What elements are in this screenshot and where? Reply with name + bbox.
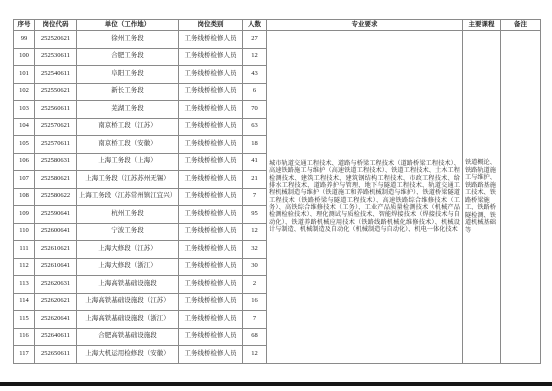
header-category: 岗位类别 (179, 20, 243, 31)
code-cell: 252560611 (35, 101, 77, 119)
count-cell: 41 (243, 153, 267, 171)
category-cell: 工务线桥检修人员 (179, 293, 243, 311)
code-cell: 252580622 (35, 188, 77, 206)
job-positions-table: 序号 岗位代码 单位（工作地） 岗位类别 人数 专业要求 主要课程 备注 992… (13, 19, 541, 364)
unit-cell: 杭州工务段 (77, 206, 179, 224)
count-cell: 6 (243, 83, 267, 101)
courses-cell: 铁道概论、铁路轨道施工与维护、铁路路基施工技术、铁路桥梁施工、铁路桥隧检测、铁道… (463, 31, 501, 364)
unit-cell: 上海大机运用检修段（安徽） (77, 346, 179, 364)
unit-cell: 上海大修段（江苏） (77, 241, 179, 259)
code-cell: 252620641 (35, 311, 77, 329)
unit-cell: 合肥高铁基础设施段 (77, 328, 179, 346)
unit-cell: 上海工务段（江苏常州镇江宜兴） (77, 188, 179, 206)
serial-cell: 105 (14, 136, 35, 154)
serial-cell: 99 (14, 31, 35, 49)
serial-cell: 114 (14, 293, 35, 311)
serial-cell: 108 (14, 188, 35, 206)
count-cell: 12 (243, 223, 267, 241)
unit-cell: 上海工务段（上海） (77, 153, 179, 171)
category-cell: 工务线桥检修人员 (179, 188, 243, 206)
count-cell: 16 (243, 293, 267, 311)
table-header-row: 序号 岗位代码 单位（工作地） 岗位类别 人数 专业要求 主要课程 备注 (14, 20, 541, 31)
page-bottom-rule (0, 382, 552, 386)
serial-cell: 109 (14, 206, 35, 224)
header-remarks: 备注 (501, 20, 541, 31)
category-cell: 工务线桥检修人员 (179, 136, 243, 154)
category-cell: 工务线桥检修人员 (179, 328, 243, 346)
unit-cell: 上海大修段（浙江） (77, 258, 179, 276)
requirements-cell: 城市轨道交通工程技术、道路与桥梁工程技术（道路桥梁工程技术）、高速铁路施工与维护… (267, 31, 463, 364)
count-cell: 2 (243, 276, 267, 294)
count-cell: 7 (243, 311, 267, 329)
unit-cell: 南京桥工段（江苏） (77, 118, 179, 136)
category-cell: 工务线桥检修人员 (179, 101, 243, 119)
code-cell: 252620631 (35, 276, 77, 294)
count-cell: 7 (243, 188, 267, 206)
category-cell: 工务线桥检修人员 (179, 118, 243, 136)
category-cell: 工务线桥检修人员 (179, 48, 243, 66)
code-cell: 252580621 (35, 171, 77, 189)
serial-cell: 116 (14, 328, 35, 346)
unit-cell: 南京桥工段（安徽） (77, 136, 179, 154)
document-page: 序号 岗位代码 单位（工作地） 岗位类别 人数 专业要求 主要课程 备注 992… (0, 0, 552, 391)
unit-cell: 合肥工务段 (77, 48, 179, 66)
serial-cell: 117 (14, 346, 35, 364)
serial-cell: 110 (14, 223, 35, 241)
unit-cell: 新长工务段 (77, 83, 179, 101)
unit-cell: 阜阳工务段 (77, 66, 179, 84)
code-cell: 252530611 (35, 48, 77, 66)
table-body: 99252520621徐州工务段工务线桥检修人员27城市轨道交通工程技术、道路与… (14, 31, 541, 364)
unit-cell: 芜湖工务段 (77, 101, 179, 119)
category-cell: 工务线桥检修人员 (179, 83, 243, 101)
count-cell: 27 (243, 31, 267, 49)
category-cell: 工务线桥检修人员 (179, 153, 243, 171)
count-cell: 95 (243, 206, 267, 224)
code-cell: 252610641 (35, 258, 77, 276)
serial-cell: 104 (14, 118, 35, 136)
code-cell: 252520621 (35, 31, 77, 49)
category-cell: 工务线桥检修人员 (179, 258, 243, 276)
category-cell: 工务线桥检修人员 (179, 31, 243, 49)
code-cell: 252570611 (35, 136, 77, 154)
count-cell: 12 (243, 346, 267, 364)
unit-cell: 上海高铁基础设施段（江苏） (77, 293, 179, 311)
serial-cell: 115 (14, 311, 35, 329)
code-cell: 252550621 (35, 83, 77, 101)
count-cell: 32 (243, 241, 267, 259)
category-cell: 工务线桥检修人员 (179, 311, 243, 329)
count-cell: 63 (243, 118, 267, 136)
unit-cell: 徐州工务段 (77, 31, 179, 49)
serial-cell: 103 (14, 101, 35, 119)
category-cell: 工务线桥检修人员 (179, 206, 243, 224)
serial-cell: 112 (14, 258, 35, 276)
serial-cell: 106 (14, 153, 35, 171)
code-cell: 252640611 (35, 328, 77, 346)
serial-cell: 100 (14, 48, 35, 66)
unit-cell: 上海高铁基础设施段（浙江） (77, 311, 179, 329)
header-requirements: 专业要求 (267, 20, 463, 31)
count-cell: 70 (243, 101, 267, 119)
count-cell: 18 (243, 136, 267, 154)
header-unit: 单位（工作地） (77, 20, 179, 31)
header-count: 人数 (243, 20, 267, 31)
code-cell: 252570621 (35, 118, 77, 136)
category-cell: 工务线桥检修人员 (179, 66, 243, 84)
serial-cell: 113 (14, 276, 35, 294)
count-cell: 43 (243, 66, 267, 84)
category-cell: 工务线桥检修人员 (179, 171, 243, 189)
serial-cell: 102 (14, 83, 35, 101)
remarks-cell (501, 31, 541, 364)
count-cell: 12 (243, 48, 267, 66)
serial-cell: 107 (14, 171, 35, 189)
count-cell: 30 (243, 258, 267, 276)
code-cell: 252540611 (35, 66, 77, 84)
category-cell: 工务线桥检修人员 (179, 276, 243, 294)
unit-cell: 上海高铁基础设施段 (77, 276, 179, 294)
code-cell: 252580631 (35, 153, 77, 171)
code-cell: 252600641 (35, 223, 77, 241)
unit-cell: 上海工务段（江苏苏州无锡） (77, 171, 179, 189)
code-cell: 252590641 (35, 206, 77, 224)
count-cell: 21 (243, 171, 267, 189)
header-code: 岗位代码 (35, 20, 77, 31)
code-cell: 252650611 (35, 346, 77, 364)
category-cell: 工务线桥检修人员 (179, 241, 243, 259)
category-cell: 工务线桥检修人员 (179, 223, 243, 241)
count-cell: 68 (243, 328, 267, 346)
header-serial: 序号 (14, 20, 35, 31)
serial-cell: 101 (14, 66, 35, 84)
table-row: 99252520621徐州工务段工务线桥检修人员27城市轨道交通工程技术、道路与… (14, 31, 541, 49)
header-courses: 主要课程 (463, 20, 501, 31)
category-cell: 工务线桥检修人员 (179, 346, 243, 364)
serial-cell: 111 (14, 241, 35, 259)
code-cell: 252620621 (35, 293, 77, 311)
unit-cell: 宁波工务段 (77, 223, 179, 241)
code-cell: 252610621 (35, 241, 77, 259)
